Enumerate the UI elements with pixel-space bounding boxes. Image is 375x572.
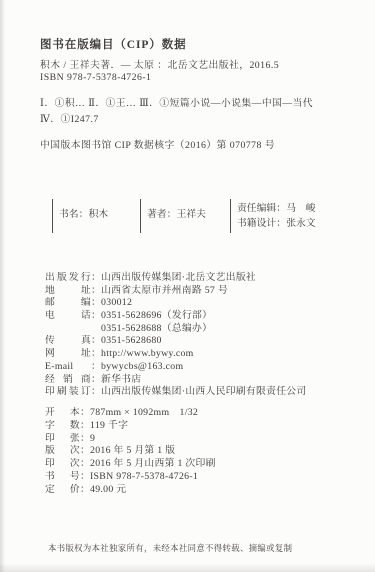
row-format: 开 本：787mm × 1092mm 1/32 <box>45 407 216 420</box>
colon-separator: ： <box>167 206 177 220</box>
field-label: 书 号 <box>45 471 80 484</box>
field-label: 邮 编 <box>45 297 91 310</box>
cip-isbn-line: ISBN 978-7-5378-4726-1 <box>40 72 151 83</box>
field-label: 网 址 <box>45 348 91 361</box>
field-value: 2016 年 5 月第 1 版 <box>90 445 175 458</box>
colon-separator: ： <box>91 272 101 285</box>
field-value: 山西出版传媒集团·北岳文艺出版社 <box>101 272 256 285</box>
field-value: bywycbs@163.com <box>101 361 183 374</box>
colon-separator: ： <box>91 361 101 374</box>
cip-title-line: 积木 / 王祥夫著．— 太原 ：北岳文艺出版社，2016.5 <box>40 57 279 71</box>
row-distributor: 经 销 商：新华书店 <box>45 374 307 387</box>
colon-separator: ： <box>80 407 90 420</box>
field-value: 0351-5628696（发行部） <box>101 310 212 323</box>
field-value: 030012 <box>101 297 132 310</box>
field-value: http://www.bywy.com <box>101 348 194 361</box>
field-label: 责任编辑 <box>237 203 276 214</box>
row-book-number: 书 号：ISBN 978-7-5378-4726-1 <box>45 471 216 484</box>
field-label: 印刷装订 <box>45 386 91 399</box>
row-address: 地 址：山西省太原市并州南路 57 号 <box>45 285 307 298</box>
field-value: 王祥夫 <box>177 209 206 220</box>
colon-separator: ： <box>80 458 90 471</box>
cip-heading: 图书在版编目（CIP）数据 <box>40 36 187 52</box>
book-info-table: 书名：积木 著者：王祥夫 责任编辑：马 峻 书籍设计：张永文 <box>52 199 334 233</box>
field-value: 2016 年 5 月山西第 1 次印刷 <box>90 458 216 471</box>
field-label: 电 话 <box>45 310 91 323</box>
row-fax: 传 真：0351-5628680 <box>45 335 307 348</box>
field-value: 49.00 元 <box>90 484 126 497</box>
colon-separator: ： <box>91 374 101 387</box>
colon-separator: ： <box>80 471 90 484</box>
field-value: 山西省太原市并州南路 57 号 <box>101 285 228 298</box>
colon-separator: ： <box>80 445 90 458</box>
field-value: 马 峻 <box>286 203 315 214</box>
responsible-editor-row: 责任编辑：马 峻 <box>237 201 334 216</box>
colon-separator: ： <box>91 285 101 298</box>
info-cell-author: 著者：王祥夫 <box>140 199 230 233</box>
field-label: E-mail <box>45 361 91 374</box>
field-label: 书籍设计 <box>237 218 276 229</box>
field-label: 经 销 商 <box>45 374 91 387</box>
field-label: 定 价 <box>45 484 80 497</box>
field-label: 传 真 <box>45 335 91 348</box>
field-label: 字 数 <box>45 420 80 433</box>
field-value: 787mm × 1092mm 1/32 <box>90 407 198 420</box>
row-price: 定 价：49.00 元 <box>45 484 216 497</box>
field-value: ISBN 978-7-5378-4726-1 <box>90 471 198 484</box>
copyright-notice: 本书版权为本社独家所有，未经本社同意不得转载、摘编或复制 <box>48 542 292 554</box>
field-label: 印 次 <box>45 458 80 471</box>
colon-separator: ： <box>91 386 101 399</box>
field-value: 山西出版传媒集团·山西人民印刷有限责任公司 <box>101 386 307 399</box>
row-printer: 印刷装订：山西出版传媒集团·山西人民印刷有限责任公司 <box>45 386 307 399</box>
colon-separator: ： <box>80 484 90 497</box>
cip-classification-line-1: Ⅰ．①积… Ⅱ．①王… Ⅲ．①短篇小说—小说集—中国—当代 <box>40 95 313 109</box>
colon-separator: ： <box>80 433 90 446</box>
field-value: 张永文 <box>286 218 315 229</box>
row-phone-2: 0351-5628688（总编办） <box>45 323 307 336</box>
colon-separator: ： <box>91 335 101 348</box>
info-cell-title: 书名：积木 <box>52 199 140 233</box>
row-sheets: 印 张：9 <box>45 433 216 446</box>
colon-separator: ： <box>276 201 286 216</box>
field-value: 119 千字 <box>90 420 128 433</box>
colon-separator: ： <box>91 297 101 310</box>
cip-record-number-line: 中国版本图书馆 CIP 数据核字（2016）第 070778 号 <box>40 137 275 151</box>
field-label: 开 本 <box>45 407 80 420</box>
colon-separator: ： <box>276 216 286 231</box>
field-label: 书名 <box>59 209 79 220</box>
colon-separator: ： <box>91 310 101 323</box>
field-label: 印 张 <box>45 433 80 446</box>
row-word-count: 字 数：119 千字 <box>45 420 216 433</box>
colon-separator: ： <box>80 420 90 433</box>
info-cell-editors: 责任编辑：马 峻 书籍设计：张永文 <box>230 199 334 233</box>
field-label: 出版发行 <box>45 272 91 285</box>
row-postcode: 邮 编：030012 <box>45 297 307 310</box>
colon-separator: ： <box>91 348 101 361</box>
field-value: 0351-5628688（总编办） <box>101 323 212 336</box>
book-designer-row: 书籍设计：张永文 <box>237 216 334 231</box>
field-value: 9 <box>90 433 95 446</box>
print-spec-block: 开 本：787mm × 1092mm 1/32 字 数：119 千字 印 张：9… <box>45 407 216 497</box>
field-label: 版 次 <box>45 445 80 458</box>
cip-classification-line-2: Ⅳ．①I247.7 <box>40 111 99 125</box>
book-copyright-page: 图书在版编目（CIP）数据 积木 / 王祥夫著．— 太原 ：北岳文艺出版社，20… <box>0 0 375 572</box>
colon-separator: ： <box>79 206 89 220</box>
row-email: E-mail：bywycbs@163.com <box>45 361 307 374</box>
field-value: 新华书店 <box>101 374 141 387</box>
publisher-contact-block: 出版发行：山西出版传媒集团·北岳文艺出版社 地 址：山西省太原市并州南路 57 … <box>45 272 307 399</box>
row-phone: 电 话：0351-5628696（发行部） <box>45 310 307 323</box>
field-label: 地 址 <box>45 285 91 298</box>
row-publisher: 出版发行：山西出版传媒集团·北岳文艺出版社 <box>45 272 307 285</box>
row-website: 网 址：http://www.bywy.com <box>45 348 307 361</box>
field-value: 0351-5628680 <box>101 335 162 348</box>
page-bottom-edge-shadow <box>0 563 375 572</box>
page-left-edge-shadow <box>0 0 7 572</box>
field-label: 著者 <box>147 209 167 220</box>
field-value: 积木 <box>89 209 109 220</box>
row-edition: 版 次：2016 年 5 月第 1 版 <box>45 445 216 458</box>
row-impression: 印 次：2016 年 5 月山西第 1 次印刷 <box>45 458 216 471</box>
